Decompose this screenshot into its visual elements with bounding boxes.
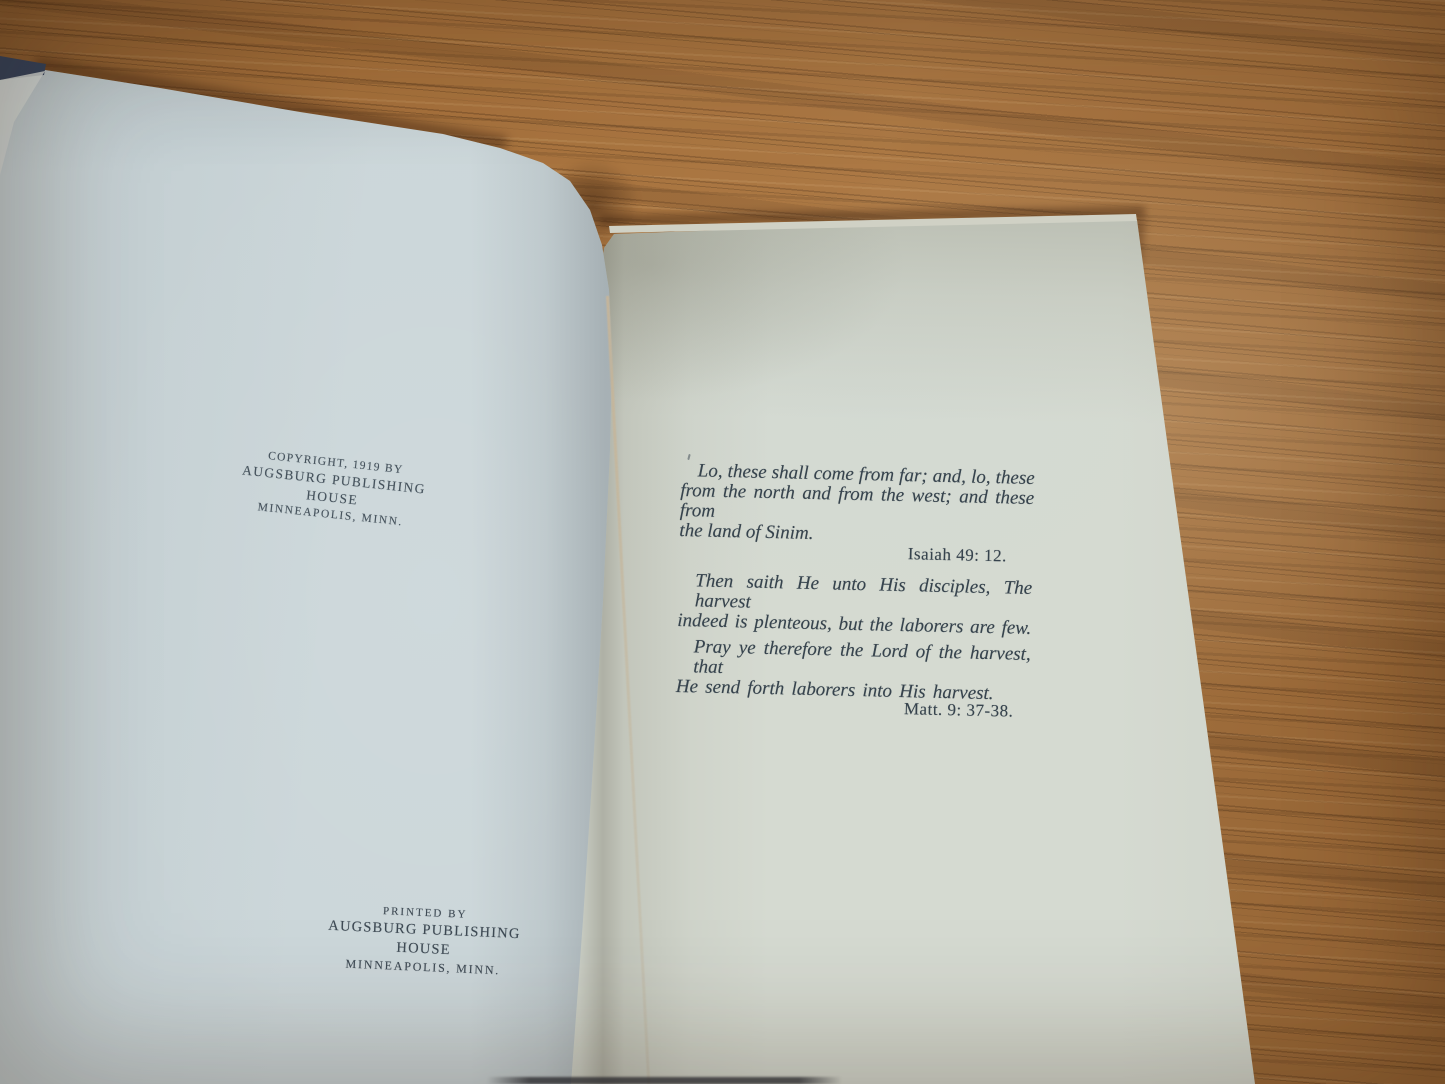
book-photo: COPYRIGHT, 1919 BY AUGSBURG PUBLISHING H… <box>0 0 1445 1084</box>
scripture-quotes: Lo, these shall come from far; and, lo, … <box>675 461 1035 721</box>
printer-block: PRINTED BY AUGSBURG PUBLISHING HOUSE MIN… <box>307 901 542 980</box>
bottom-page-edge-shadow <box>487 1077 842 1084</box>
